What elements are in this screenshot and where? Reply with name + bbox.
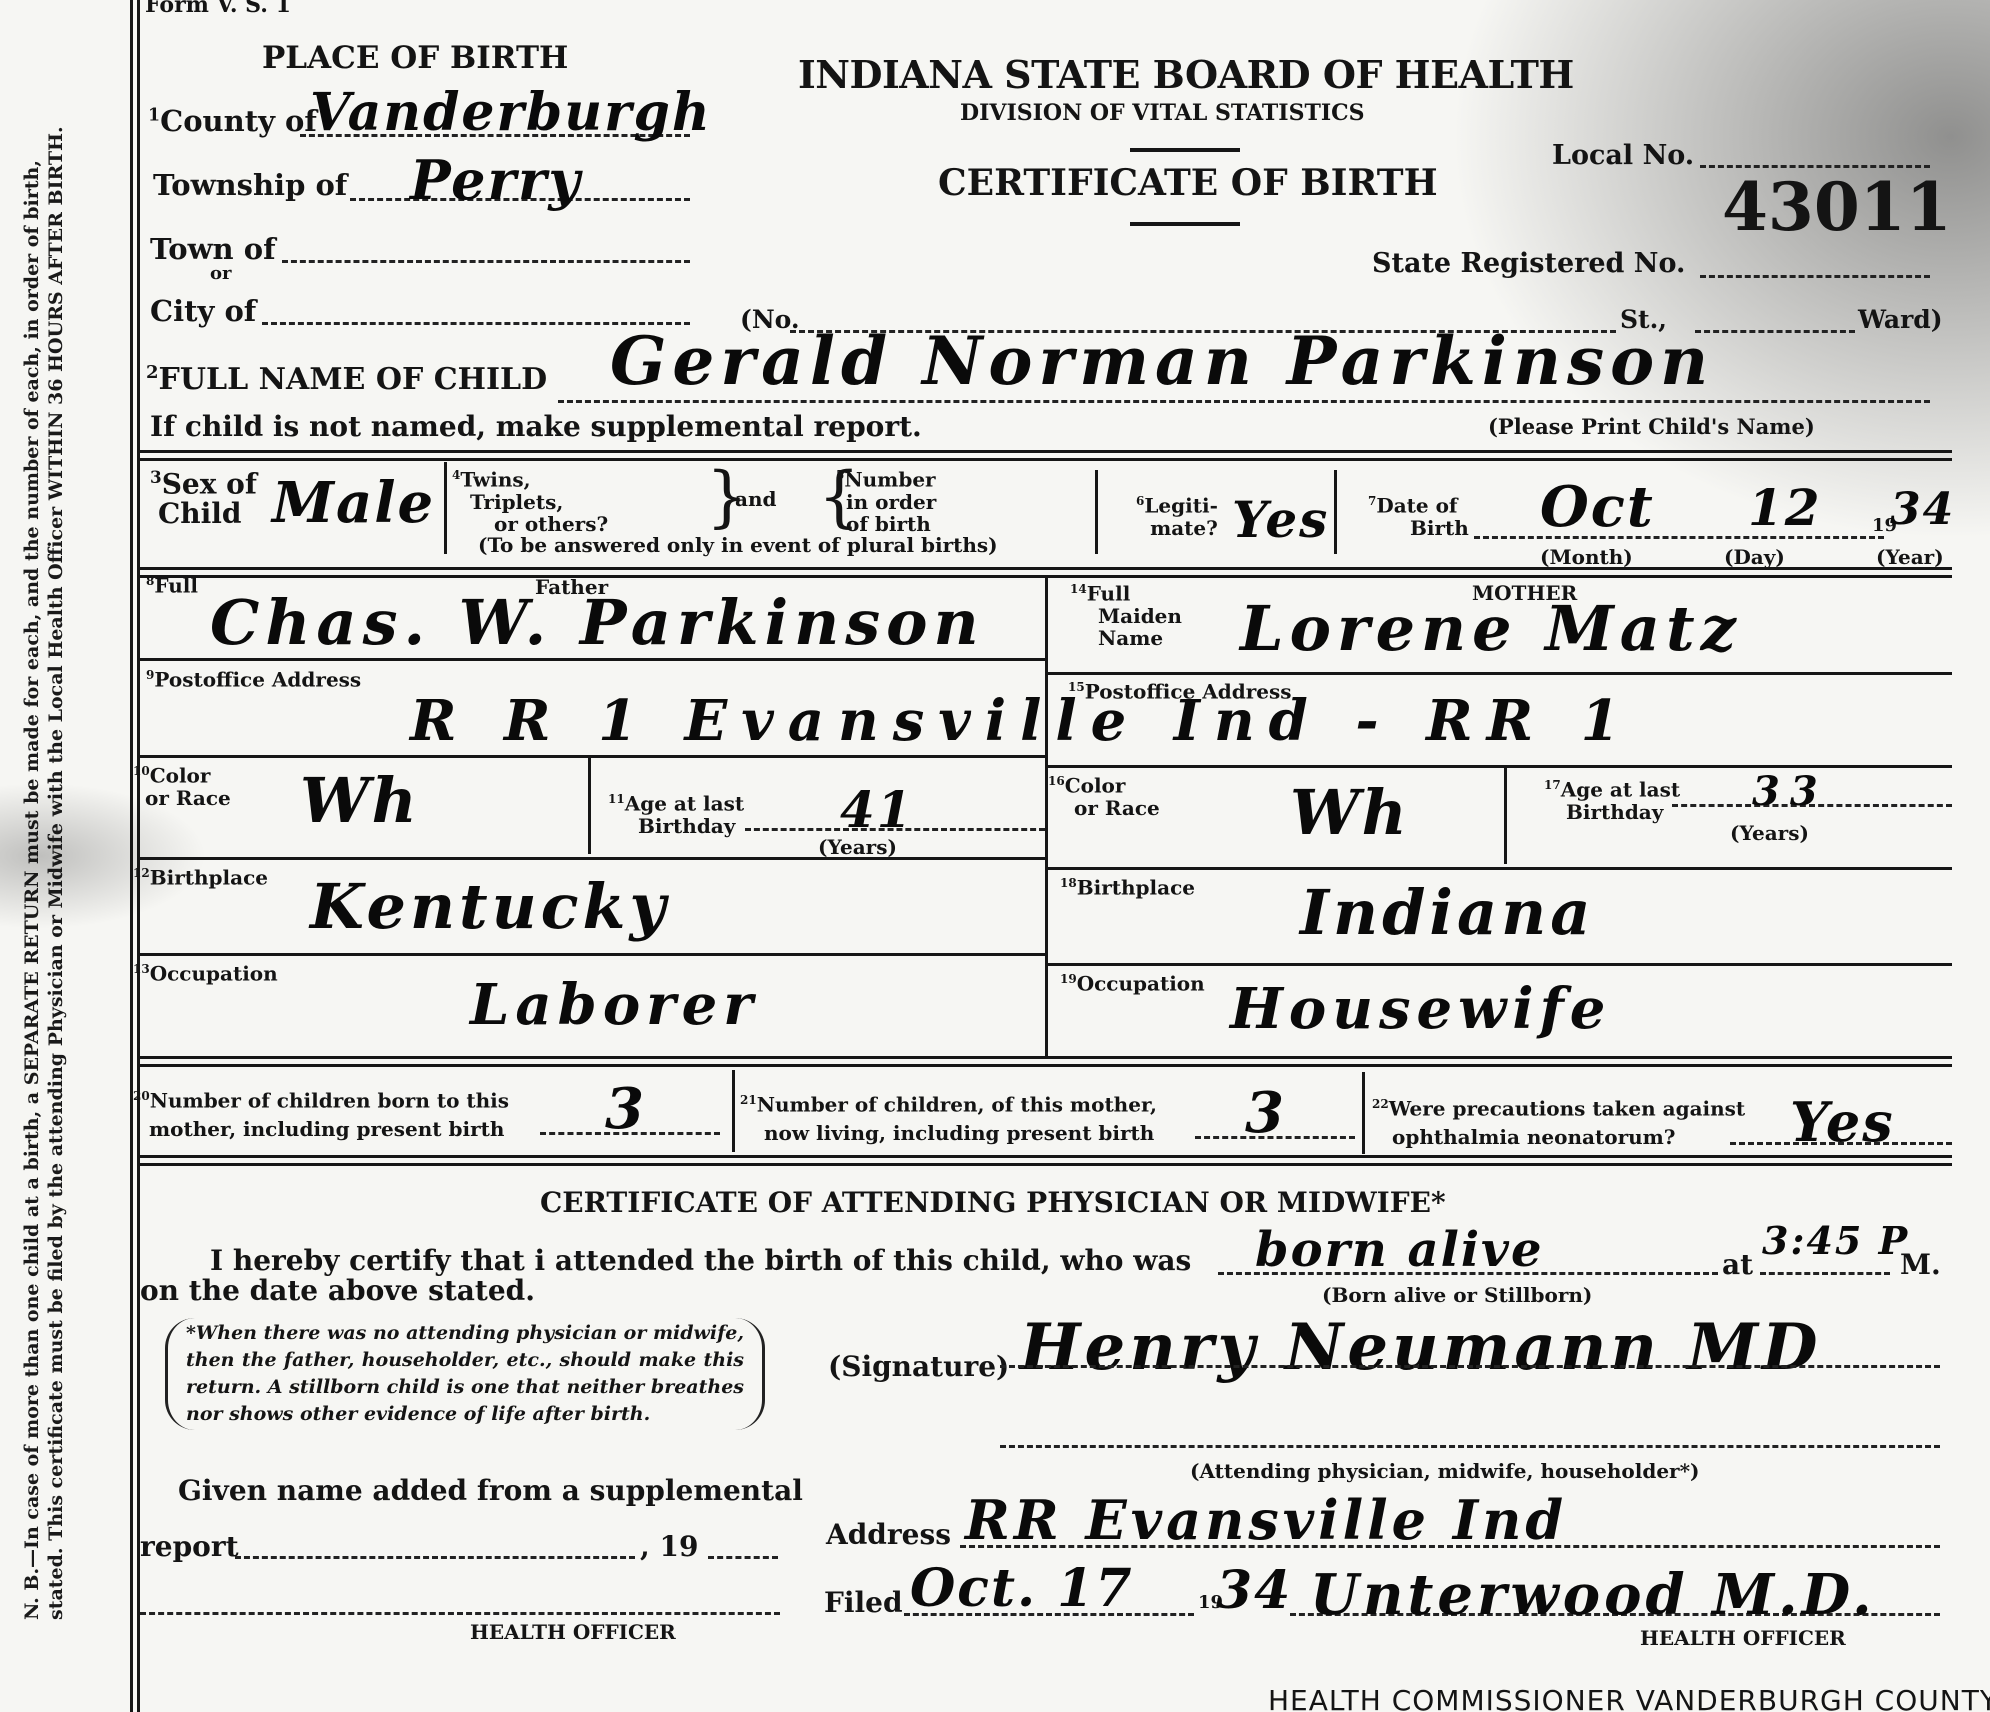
margin-note: N. B.—In case of more than one child at …: [20, 100, 68, 1620]
mother-full-label: 14FullMaidenName: [1070, 578, 1182, 649]
mother-birthplace-value[interactable]: Indiana: [1300, 876, 1594, 949]
row-rule: [140, 450, 1952, 453]
signature-line: [1000, 1365, 1940, 1368]
and-label: and: [735, 488, 776, 510]
father-birthplace-label: 12Birthplace: [133, 862, 268, 889]
precaution-value[interactable]: Yes: [1790, 1090, 1895, 1154]
col-divider: [1504, 768, 1507, 864]
divider: [1130, 148, 1240, 152]
mother-age-value[interactable]: 33: [1752, 768, 1828, 815]
col-divider: [1095, 470, 1098, 554]
mother-years-caption: (Years): [1730, 822, 1809, 844]
col-divider: [444, 462, 447, 554]
dob-day-value[interactable]: 12: [1748, 478, 1822, 537]
child-name-value[interactable]: Gerald Norman Parkinson: [610, 322, 1714, 400]
dob-year-value[interactable]: 34: [1890, 484, 1955, 535]
year-caption: (Year): [1876, 546, 1944, 568]
or-label: or: [210, 263, 232, 284]
state-registered-field[interactable]: [1700, 275, 1930, 278]
health-officer-label: HEALTH OFFICER: [1640, 1626, 1846, 1650]
precaution-label: 22Were precautions taken againstophthalm…: [1372, 1090, 1745, 1151]
born-status-value[interactable]: born alive: [1255, 1222, 1543, 1278]
birth-certificate: N. B.—In case of more than one child at …: [0, 0, 1990, 1712]
day-caption: (Day): [1724, 546, 1785, 568]
form-id: Form V. S. 1: [145, 0, 291, 18]
ward-field[interactable]: [1695, 330, 1855, 333]
place-of-birth-title: PLACE OF BIRTH: [262, 40, 568, 76]
father-color-value[interactable]: Wh: [300, 764, 419, 837]
local-no-label: Local No.: [1552, 140, 1694, 171]
town-label: Town of: [150, 232, 276, 266]
sex-value[interactable]: Male: [272, 470, 435, 536]
county-value[interactable]: Vanderburgh: [310, 82, 712, 143]
row-rule: [140, 1064, 1952, 1067]
mother-occupation-value[interactable]: Housewife: [1230, 976, 1611, 1042]
row-rule: [140, 1155, 1952, 1158]
supplemental-officer-line: [140, 1612, 780, 1615]
not-named-note: If child is not named, make supplemental…: [150, 410, 922, 443]
signature-line-2: [1000, 1445, 1940, 1448]
dob-label: 7Date ofBirth: [1368, 490, 1469, 539]
filed-year-value[interactable]: 34: [1216, 1560, 1292, 1621]
division-title: DIVISION OF VITAL STATISTICS: [960, 100, 1365, 126]
left-border-inner: [137, 0, 140, 1712]
child-name-label: 2FULL NAME OF CHILD: [146, 362, 547, 397]
report-year-field[interactable]: [708, 1556, 778, 1559]
legit-label: 6Legiti-mate?: [1136, 490, 1218, 539]
m-label: M.: [1900, 1248, 1941, 1281]
row-rule: [1045, 963, 1952, 966]
mother-color-value[interactable]: Wh: [1290, 776, 1409, 849]
mother-color-label: 16Coloror Race: [1048, 770, 1160, 819]
local-no-value[interactable]: 43011: [1722, 168, 1952, 246]
plural-note: (To be answered only in event of plural …: [478, 534, 998, 556]
father-birthplace-value[interactable]: Kentucky: [310, 870, 670, 943]
address-value[interactable]: RR Evansville Ind: [965, 1488, 1567, 1552]
twins-label: 4Twins,Triplets,or others?: [452, 464, 608, 535]
mother-birthplace-label: 18Birthplace: [1060, 872, 1195, 899]
county-label: 1County of: [148, 104, 317, 138]
mother-age-label: 17Age at lastBirthday: [1544, 774, 1680, 823]
row-rule: [140, 458, 1952, 461]
state-registered-label: State Registered No.: [1372, 248, 1685, 279]
certify-text-2: on the date above stated.: [140, 1274, 535, 1307]
father-name-value[interactable]: Chas. W. Parkinson: [210, 586, 985, 659]
signature-label: (Signature): [828, 1350, 1009, 1383]
row-rule: [140, 658, 1045, 661]
father-full-label: 8Full: [146, 570, 198, 597]
father-age-label: 11Age at lastBirthday: [608, 788, 744, 837]
dob-month-value[interactable]: Oct: [1540, 474, 1655, 540]
city-label: City of: [150, 294, 256, 328]
filed-signature[interactable]: Unterwood M.D.: [1310, 1562, 1876, 1628]
divider: [1130, 222, 1240, 226]
certify-text: I hereby certify that i attended the bir…: [210, 1244, 1191, 1277]
time-value[interactable]: 3:45 P: [1762, 1218, 1909, 1263]
father-occupation-label: 13Occupation: [133, 958, 278, 985]
supplemental-officer-label: HEALTH OFFICER: [470, 1620, 676, 1644]
children-living-label: 21Number of children, of this mother,now…: [740, 1086, 1157, 1147]
row-rule: [140, 567, 1952, 570]
row-rule: [1045, 867, 1952, 870]
born-caption: (Born alive or Stillborn): [1322, 1284, 1592, 1306]
row-rule: [140, 1163, 1952, 1166]
father-occupation-value[interactable]: Laborer: [470, 972, 759, 1038]
col-divider: [1334, 470, 1337, 554]
col-divider: [1362, 1072, 1365, 1154]
town-field[interactable]: [282, 260, 690, 263]
mother-occupation-label: 19Occupation: [1060, 968, 1205, 995]
physician-title: CERTIFICATE OF ATTENDING PHYSICIAN OR MI…: [540, 1186, 1446, 1219]
time-line: [1760, 1272, 1890, 1275]
report-label: report: [140, 1530, 239, 1563]
address-label: Address: [826, 1518, 951, 1551]
children-born-value[interactable]: 3: [605, 1076, 646, 1142]
father-years-caption: (Years): [818, 836, 897, 858]
signature-value[interactable]: Henry Neumann MD: [1020, 1310, 1822, 1385]
agency-title: INDIANA STATE BOARD OF HEALTH: [798, 52, 1574, 97]
footnote-box: *When there was no attending physician o…: [165, 1318, 765, 1430]
children-living-value[interactable]: 3: [1245, 1080, 1286, 1146]
father-age-value[interactable]: 41: [840, 780, 914, 839]
filed-label: Filed: [824, 1586, 903, 1619]
left-border-outer: [130, 0, 133, 1712]
report-date-field[interactable]: [235, 1556, 635, 1559]
row-rule: [1045, 672, 1952, 675]
col-divider: [588, 758, 591, 854]
sex-label: 3Sex ofChild: [150, 462, 257, 529]
col-divider: [732, 1070, 735, 1152]
dob-line: [1474, 536, 1884, 539]
report-year-prefix: , 19: [640, 1530, 698, 1563]
ward-label: Ward): [1858, 305, 1943, 334]
row-rule: [140, 953, 1045, 956]
row-rule: [140, 857, 1045, 860]
child-name-line: [558, 400, 1930, 403]
certificate-title: CERTIFICATE OF BIRTH: [938, 162, 1438, 204]
commissioner-stamp: HEALTH COMMISSIONER VANDERBURGH COUNTY: [1268, 1684, 1990, 1712]
signer-caption: (Attending physician, midwife, household…: [1190, 1460, 1700, 1482]
address-value[interactable]: R R 1 Evansville Ind - RR 1: [410, 688, 1634, 754]
month-caption: (Month): [1540, 546, 1633, 568]
print-note: (Please Print Child's Name): [1488, 414, 1815, 439]
filed-value[interactable]: Oct. 17: [910, 1558, 1134, 1619]
township-label: Township of: [153, 168, 347, 202]
father-color-label: 10Coloror Race: [133, 760, 231, 809]
order-label: 5Numberin orderof birth: [836, 464, 936, 535]
township-value[interactable]: Perry: [410, 148, 582, 212]
father-address-label: 9Postoffice Address: [146, 664, 361, 691]
mother-name-value[interactable]: Lorene Matz: [1240, 592, 1742, 665]
legit-value[interactable]: Yes: [1232, 490, 1329, 549]
children-born-label: 20Number of children born to thismother,…: [133, 1082, 509, 1143]
supplemental-text: Given name added from a supplemental: [178, 1474, 803, 1507]
at-label: at: [1722, 1248, 1753, 1281]
row-rule: [140, 1056, 1952, 1059]
row-rule: [140, 755, 1045, 758]
